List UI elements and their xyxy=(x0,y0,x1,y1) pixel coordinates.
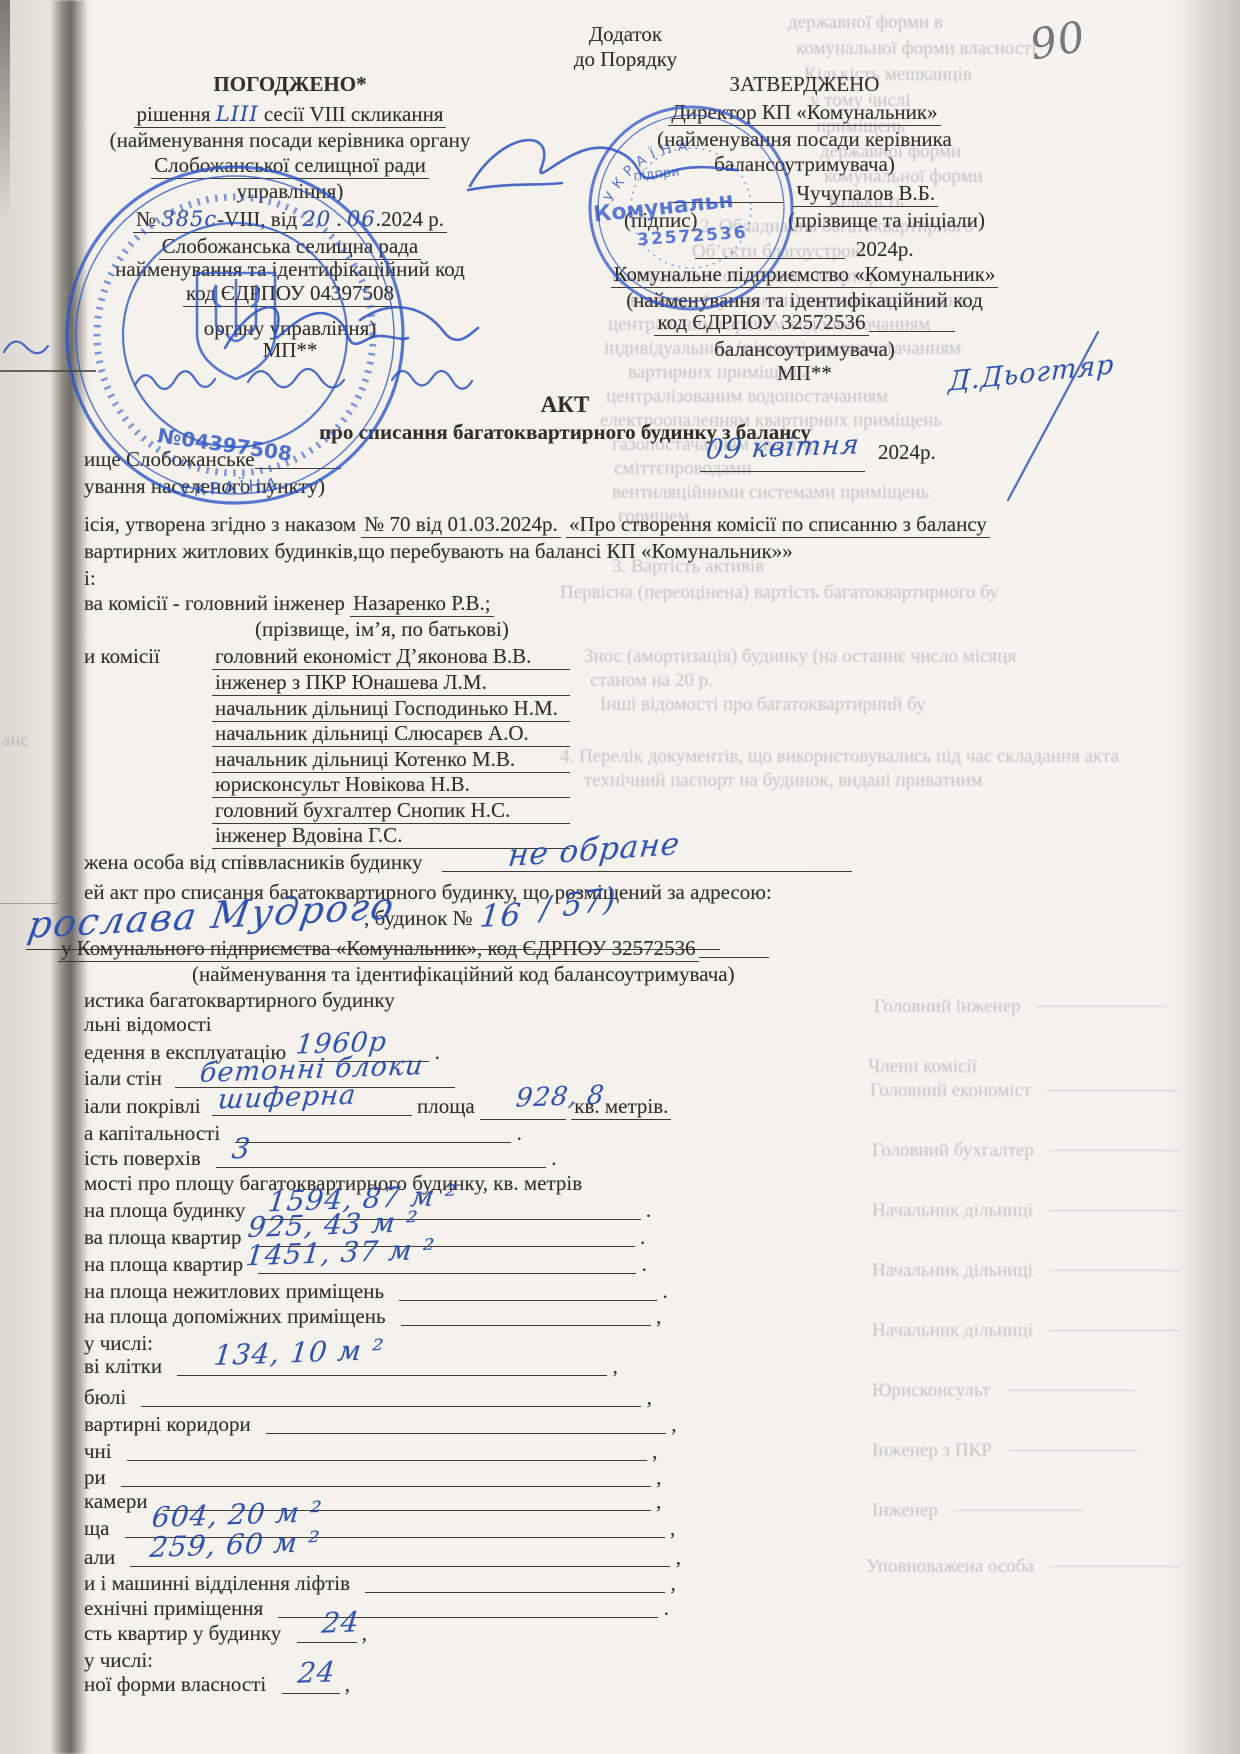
comma: , xyxy=(670,1516,675,1540)
commission-head-line: ва комісії - головний інженер Назаренко … xyxy=(84,591,494,617)
lifts-label: и і машинні відділення ліфтів xyxy=(84,1571,350,1595)
member-row: начальник дільниці Котенко М.В. xyxy=(212,747,570,773)
refuse-label: камери xyxy=(84,1489,148,1513)
member-row: начальник дільниці Господинько Н.М. xyxy=(212,696,570,722)
name-caption: (прізвище, ім’я, по батькові) xyxy=(255,617,509,642)
to-order-label: до Порядку xyxy=(538,47,713,72)
flats-count-label: сть квартир у будинку xyxy=(84,1621,281,1645)
prams-label: чні xyxy=(84,1439,112,1463)
comma: , xyxy=(613,1354,618,1378)
member-row: інженер з ПКР Юнашева Л.М. xyxy=(212,670,570,696)
vestibules-label: бюлі xyxy=(84,1385,126,1409)
private-count-handwritten: 24 xyxy=(296,1655,337,1689)
dot: . xyxy=(646,1198,651,1222)
member-row: головний бухгалтер Снопик Н.С. xyxy=(212,798,570,824)
act-date-handwritten: 09 квітня xyxy=(704,429,861,465)
authorized-label: жена особа від співвласників будинку xyxy=(84,850,423,874)
balance-holder-caption2: (найменування та ідентифікаційний код ба… xyxy=(192,962,735,987)
dot: . xyxy=(642,1252,647,1276)
decision-line: рішення LIII сесії VIII скликання xyxy=(72,102,508,128)
attic-label: ща xyxy=(84,1516,110,1540)
stairs-label: ві клітки xyxy=(84,1354,162,1378)
dot: . xyxy=(664,1596,669,1620)
bleed-text: Члени комісії xyxy=(868,1056,977,1078)
comma: , xyxy=(676,1545,681,1569)
page-corner-shadow xyxy=(0,0,10,220)
comma: , xyxy=(671,1571,676,1595)
storerooms-line: ри , xyxy=(84,1465,662,1490)
walls-label: іали стін xyxy=(84,1066,162,1090)
section-1-1-title: льні відомості xyxy=(84,1012,212,1037)
bleed-text: Головний інженер xyxy=(874,996,1167,1018)
decision-post: сесії VIII скликання xyxy=(264,102,444,126)
area-total-label: на площа будинку xyxy=(84,1198,245,1222)
capital-class-line: а капітальності . xyxy=(84,1121,522,1146)
bleed-text: Начальник дільниці xyxy=(872,1320,1179,1342)
company-stamp-code: 32572536 xyxy=(636,223,748,251)
scanned-act-document: державної форми в комунальної форми влас… xyxy=(0,0,1240,1754)
bleed-text: 4. Перелік документів, що використовувал… xyxy=(560,746,1119,768)
blank xyxy=(266,1414,666,1434)
bleed-text: Інші відомості про багатоквартирний бу xyxy=(600,694,926,716)
member-row: начальник дільниці Слюсарєв А.О. xyxy=(212,721,570,747)
dot: . xyxy=(551,1146,556,1170)
bleed-text: Головний бухгалтер xyxy=(872,1140,1180,1162)
area-aux-line: на площа допоміжних приміщень , xyxy=(84,1304,661,1329)
dot: . xyxy=(663,1279,668,1303)
member-row: головний економіст Д’яконова В.В. xyxy=(212,644,570,670)
dot: . xyxy=(435,1040,440,1064)
bleed-text: Начальник дільниці xyxy=(872,1200,1179,1222)
blank xyxy=(121,1467,651,1487)
dot: . xyxy=(517,1121,522,1145)
appendix-label: Додаток xyxy=(538,22,713,47)
area-flats-label: на площа квартир xyxy=(84,1252,243,1276)
floors-handwritten: 3 xyxy=(230,1132,252,1166)
composition-fragment: і: xyxy=(84,566,96,591)
prams-line: чні , xyxy=(84,1439,657,1464)
blank xyxy=(699,938,769,958)
bleed-text: анс xyxy=(2,730,29,752)
lifts-line: и і машинні відділення ліфтів , xyxy=(84,1571,676,1596)
act-year: 2024р. xyxy=(878,440,936,465)
bleed-text: державної форми в xyxy=(788,12,943,34)
blank xyxy=(365,1573,665,1593)
bleed-text: вентиляційними системами приміщень xyxy=(612,482,929,504)
member-row: юрисконсульт Новікова Н.В. xyxy=(212,772,570,798)
caption-surname: (прізвище та ініціали) xyxy=(788,208,985,232)
comma: , xyxy=(656,1489,661,1513)
bleed-text: Знос (амортизація) будинку (на останнє ч… xyxy=(584,646,1016,668)
floors-line: ість поверхів . xyxy=(84,1146,557,1171)
including-label-2: у числі: xyxy=(84,1648,153,1673)
roof-label: іали покрівлі xyxy=(84,1094,201,1118)
blank xyxy=(216,1148,546,1168)
bleed-text: Інженер з ПКР xyxy=(872,1440,1138,1462)
corridors-label: вартирні коридори xyxy=(84,1412,251,1436)
blank xyxy=(401,1306,651,1326)
members-label: и комісії xyxy=(84,644,160,669)
basement-label: али xyxy=(84,1545,115,1569)
commission-post: «Про створення комісії по списанню з бал… xyxy=(566,513,990,538)
roof-handwritten: шиферна xyxy=(216,1080,357,1116)
bleed-text: станом на 20 р. xyxy=(590,670,713,692)
stairs-handwritten: 134, 10 м ² xyxy=(212,1333,386,1372)
margin-scribble xyxy=(4,342,48,354)
capital-label: а капітальності xyxy=(84,1121,220,1145)
area-nonres-label: на площа нежитлових приміщень xyxy=(84,1279,384,1303)
balance-holder-caption: балансоутримувача) xyxy=(552,337,1057,362)
corridors-line: вартирні коридори , xyxy=(84,1412,676,1437)
bleed-text: Юрисконсульт xyxy=(872,1380,1136,1402)
bleed-text: технічний паспорт на будинок, видані при… xyxy=(584,770,983,792)
bleed-text: Інженер xyxy=(872,1500,1084,1522)
comma: , xyxy=(345,1672,350,1696)
session-number-handwritten: LIII xyxy=(216,102,259,126)
flats-count-handwritten: 24 xyxy=(320,1605,361,1639)
roof-area-label: площа xyxy=(417,1094,475,1118)
director-name: Чучупалов В.Б. xyxy=(793,182,938,207)
blank xyxy=(235,1123,511,1143)
commission-line-2: вартирних житлових будинків,що перебуваю… xyxy=(84,539,793,564)
comma: , xyxy=(362,1621,367,1645)
vestibules-line: бюлі , xyxy=(84,1385,652,1410)
comma: , xyxy=(671,1412,676,1436)
council-stamp-country: УКРАЇНА xyxy=(179,474,282,502)
bleed-text: Первісна (переоцінена) вартість багатокв… xyxy=(560,582,999,604)
dot: . xyxy=(640,1225,645,1249)
bleed-text: Начальник дільниці xyxy=(872,1260,1179,1282)
building-no-handwritten: 16 xyxy=(478,897,523,935)
comma: , xyxy=(656,1465,661,1489)
blank xyxy=(127,1441,647,1461)
basement-handwritten: 259, 60 м ² xyxy=(148,1525,322,1564)
blank xyxy=(869,312,955,332)
roof-area-handwritten: 928, 8 xyxy=(514,1080,606,1113)
including-label-1: у числі: xyxy=(84,1331,153,1356)
bleed-text: Уповноважена особа xyxy=(866,1556,1180,1578)
page-right-edge xyxy=(1178,0,1240,1754)
org-caption-1: (найменування посади керівника органу xyxy=(72,128,508,153)
approval-year: 2024р. xyxy=(856,237,914,261)
area-nonres-line: на площа нежитлових приміщень . xyxy=(84,1279,668,1304)
head-pre: ва комісії - головний інженер xyxy=(84,591,345,615)
tech-line: ехнічні приміщення . xyxy=(84,1596,669,1621)
area-aux-label: на площа допоміжних приміщень xyxy=(84,1304,386,1328)
council-round-stamp: №04397508 УКРАЇНА xyxy=(45,155,425,535)
blank xyxy=(399,1281,657,1301)
authorized-person-line: жена особа від співвласників будинку xyxy=(84,850,852,875)
head-name: Назаренко Р.В.; xyxy=(350,592,493,617)
storerooms-label: ри xyxy=(84,1465,106,1489)
balance-holder-line: у Комунального підприємства «Комунальник… xyxy=(58,936,769,962)
bleed-text: комунальної форми власності xyxy=(796,38,1037,60)
decision-pre: рішення xyxy=(137,102,211,126)
page-number-handwritten: 90 xyxy=(1026,12,1089,70)
blank xyxy=(141,1387,641,1407)
agreed-label: ПОГОДЖЕНО* xyxy=(72,72,508,97)
comma: , xyxy=(652,1439,657,1463)
private-label: ної форми власності xyxy=(84,1672,266,1696)
company-round-stamp: УКРАЇНА підпри Комунальн 32572536 xyxy=(575,90,810,330)
council-stamp-number: №04397508 xyxy=(156,423,293,466)
comma: , xyxy=(656,1304,661,1328)
tech-label: ехнічні приміщення xyxy=(84,1596,263,1620)
bleed-text: Головний економіст xyxy=(870,1080,1177,1102)
area-living-label: ва площа квартир xyxy=(84,1225,241,1249)
floors-label: ість поверхів xyxy=(84,1146,201,1170)
area-flats-handwritten: 1451, 37 м ² xyxy=(244,1233,436,1273)
section-1-title: истика багатоквартирного будинку xyxy=(84,988,395,1013)
comma: , xyxy=(647,1385,652,1409)
